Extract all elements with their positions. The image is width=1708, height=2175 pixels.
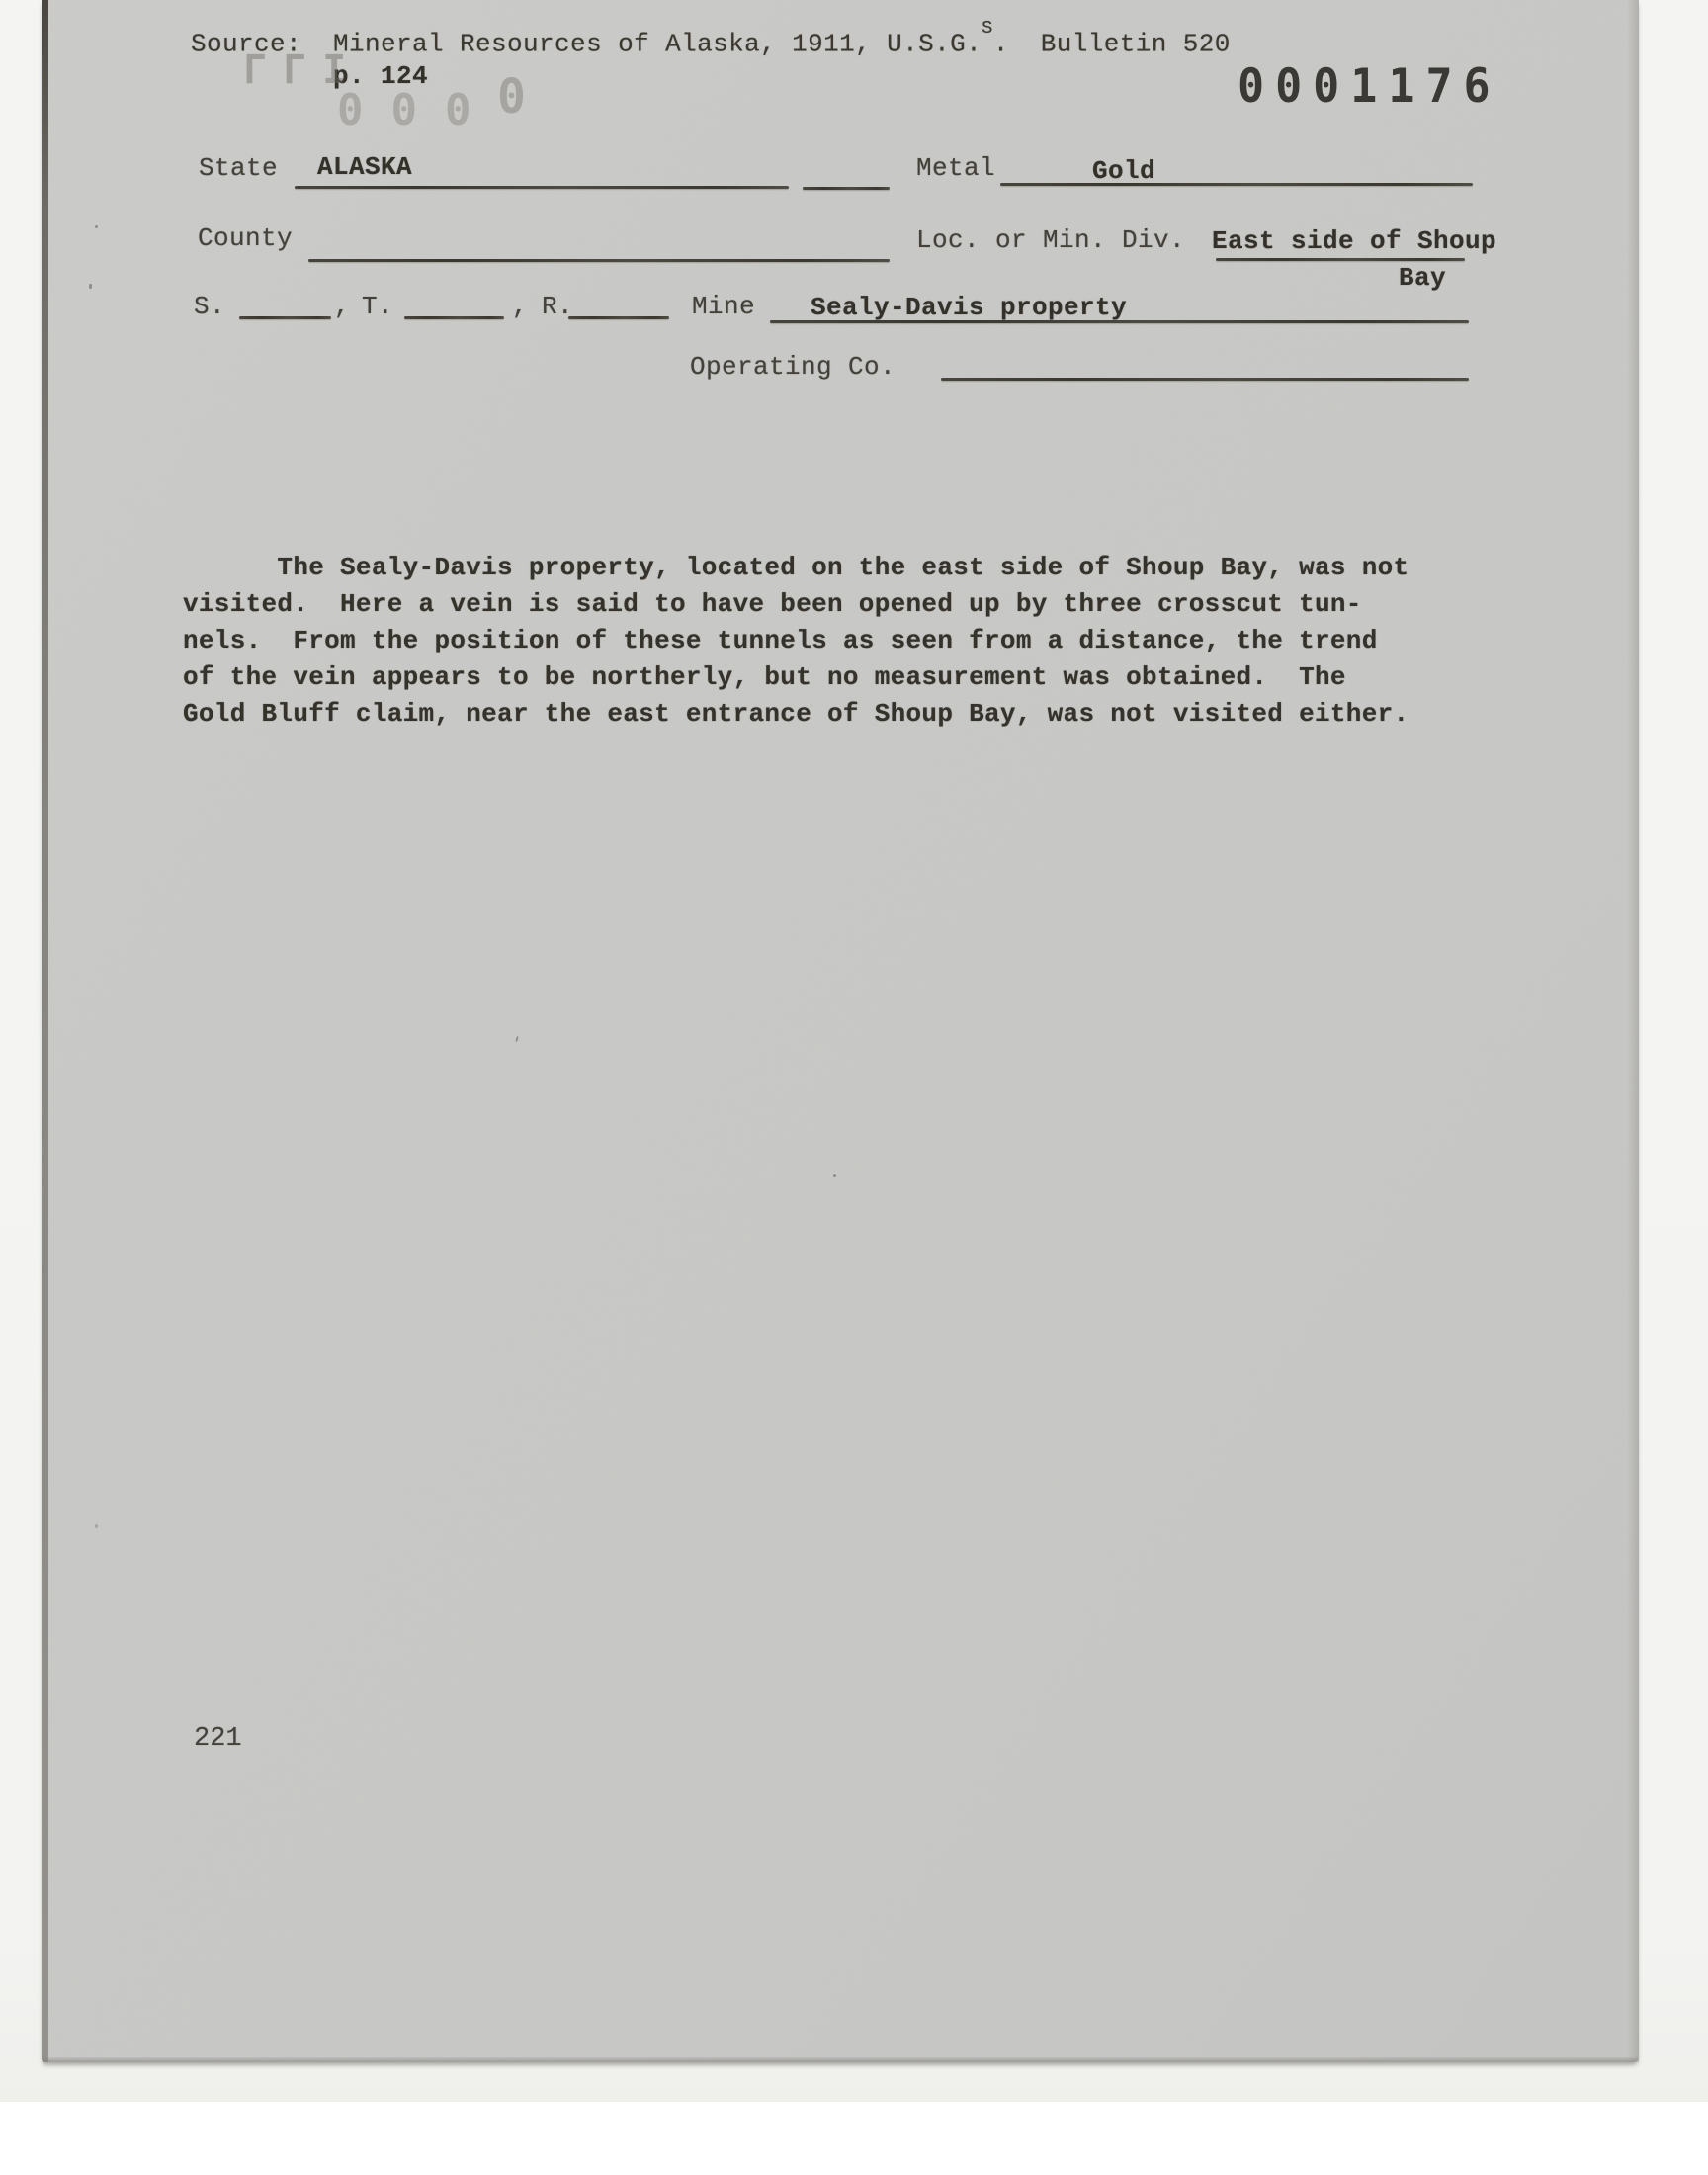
scan-speck <box>95 225 98 228</box>
county-field-underline <box>308 259 890 262</box>
scan-speck <box>1406 95 1409 98</box>
township-field-underline <box>404 316 504 319</box>
operating-co-label: Operating Co. <box>690 352 896 382</box>
bleedthrough-stamp-mark: 0 <box>497 69 526 125</box>
mine-field-underline <box>770 320 1469 323</box>
metal-field-value: Gold <box>1092 156 1155 186</box>
mine-field-label: Mine <box>692 292 755 321</box>
body-line: nels. From the position of these tunnels… <box>183 623 1409 659</box>
scan-speck <box>89 284 92 289</box>
state-field-value: ALASKA <box>317 152 412 182</box>
paper-left-edge <box>42 0 48 2062</box>
bleedthrough-stamp-mark: 000 <box>337 85 498 135</box>
state-field-underline <box>803 187 890 190</box>
scan-speck <box>833 1174 836 1177</box>
scan-speck <box>95 1524 98 1528</box>
mine-field-value: Sealy-Davis property <box>811 293 1127 322</box>
body-paragraph: The Sealy-Davis property, located on the… <box>183 550 1409 733</box>
location-division-underline <box>1216 258 1465 261</box>
body-line: visited. Here a vein is said to have bee… <box>183 586 1409 623</box>
page-number: 221 <box>194 1724 242 1754</box>
county-field-label: County <box>198 223 293 253</box>
township-separator: , <box>512 292 528 321</box>
location-division-value: East side of Shoup <box>1212 226 1496 256</box>
paper-bottom-edge <box>42 2057 1639 2062</box>
source-superscript: S <box>982 17 993 39</box>
operating-co-underline <box>941 378 1469 381</box>
section-field-underline <box>239 316 331 319</box>
township-field-label: T. <box>362 292 393 321</box>
state-field-underline <box>295 186 789 189</box>
scan-speck <box>1150 680 1152 682</box>
source-suffix: . Bulletin 520 <box>993 30 1231 59</box>
location-division-value-overflow: Bay <box>1399 263 1446 293</box>
metal-field-label: Metal <box>916 153 995 183</box>
body-line: of the vein appears to be northerly, but… <box>183 659 1409 696</box>
section-separator: , <box>334 292 350 321</box>
body-line: The Sealy-Davis property, located on the… <box>183 550 1409 586</box>
serial-number-stamp: 0001176 <box>1238 58 1501 114</box>
state-field-label: State <box>199 153 278 183</box>
location-division-label: Loc. or Min. Div. <box>916 225 1185 255</box>
range-field-underline <box>568 316 669 319</box>
section-field-label: S. <box>194 292 225 321</box>
body-line: Gold Bluff claim, near the east entrance… <box>183 696 1409 733</box>
paper-right-edge <box>1627 0 1639 2062</box>
metal-field-underline <box>1000 183 1473 186</box>
